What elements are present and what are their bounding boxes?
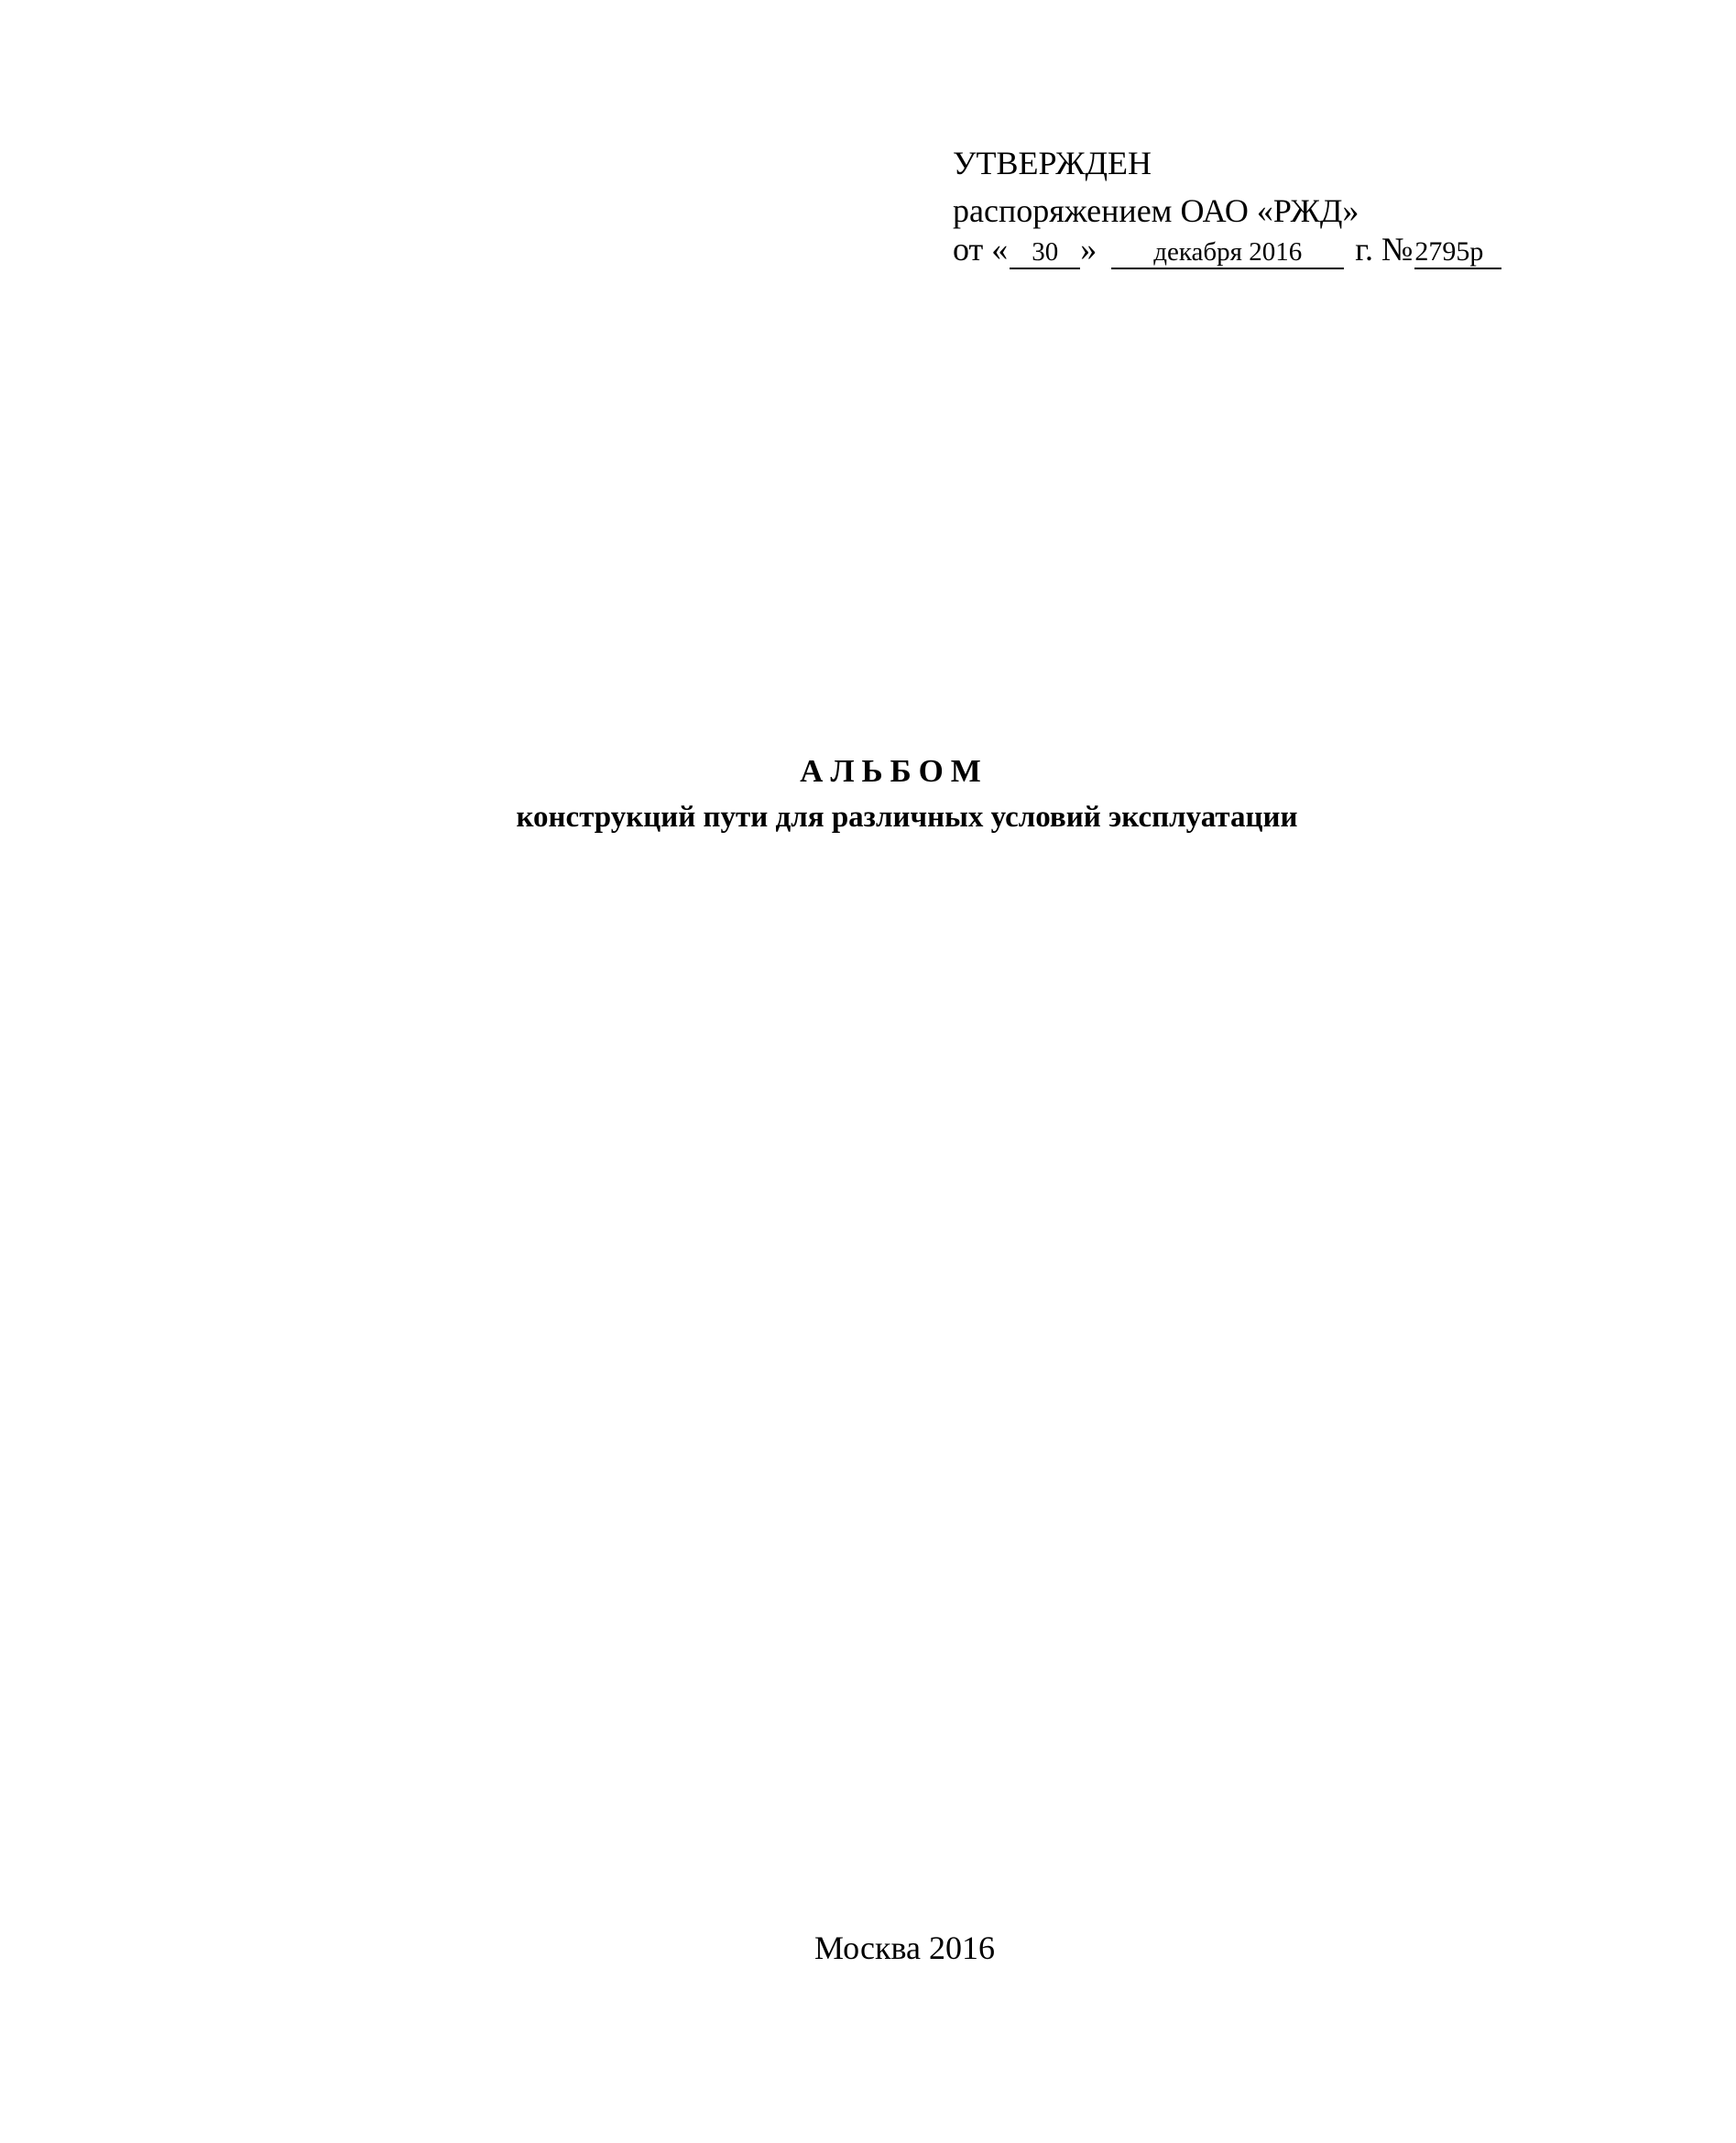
document-subtitle: конструкций пути для различных условий э… bbox=[0, 801, 1736, 835]
date-day-close: » bbox=[1080, 231, 1097, 268]
document-title: АЛЬБОМ bbox=[0, 753, 1736, 790]
approval-heading: УТВЕРЖДЕН bbox=[953, 147, 1152, 180]
approval-issuer: распоряжением ОАО «РЖД» bbox=[953, 194, 1359, 227]
approval-day: 30 bbox=[1010, 239, 1080, 269]
place-and-year: Москва 2016 bbox=[0, 1929, 1736, 1967]
approval-date-line: от «30»декабря 2016г. №2795р bbox=[953, 233, 1501, 269]
approval-month-year: декабря 2016 bbox=[1111, 239, 1344, 269]
approval-number: 2795р bbox=[1414, 238, 1501, 269]
year-suffix: г. № bbox=[1355, 231, 1413, 268]
date-prefix: от « bbox=[953, 231, 1008, 268]
